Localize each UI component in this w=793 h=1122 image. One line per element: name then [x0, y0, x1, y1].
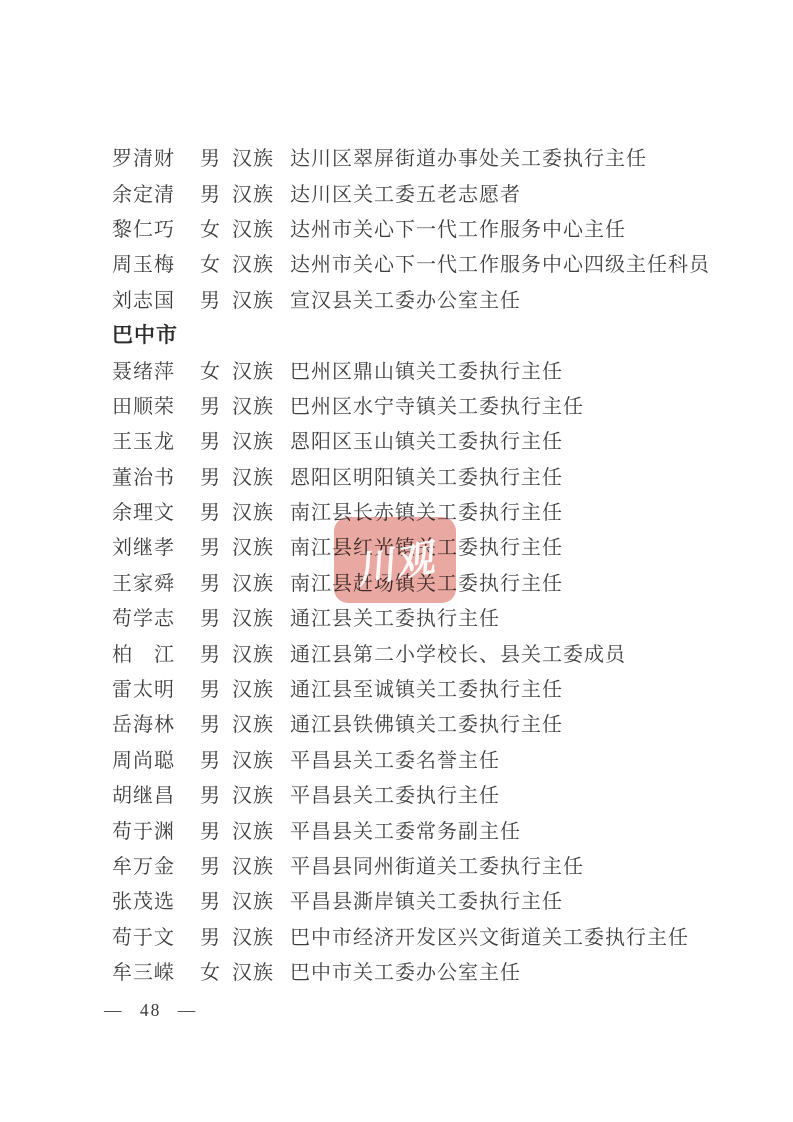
person-gender: 男 [200, 531, 232, 560]
person-gender: 男 [200, 284, 232, 313]
person-name: 余定清 [112, 178, 200, 207]
person-name: 牟万金 [112, 850, 200, 879]
person-name: 聂绪萍 [112, 355, 200, 384]
table-row: 苟于渊 男 汉族 平昌县关工委常务副主任 [112, 811, 732, 846]
person-position: 达州市关心下一代工作服务中心主任 [290, 213, 732, 242]
person-position: 通江县至诚镇关工委执行主任 [290, 673, 732, 702]
person-gender: 男 [200, 673, 232, 702]
person-name: 雷太明 [112, 673, 200, 702]
person-name: 刘继孝 [112, 531, 200, 560]
person-position: 南江县长赤镇关工委执行主任 [290, 496, 732, 525]
section-header-label: 巴中市 [112, 319, 178, 349]
person-name: 周玉梅 [112, 248, 200, 277]
table-row: 刘志国 男 汉族 宣汉县关工委办公室主任 [112, 281, 732, 316]
person-position: 达州市关心下一代工作服务中心四级主任科员 [290, 248, 732, 277]
person-gender: 男 [200, 390, 232, 419]
person-name: 黎仁巧 [112, 213, 200, 242]
person-position: 通江县第二小学校长、县关工委成员 [290, 638, 732, 667]
person-gender: 男 [200, 815, 232, 844]
table-row: 牟三嵘 女 汉族 巴中市关工委办公室主任 [112, 953, 732, 988]
person-ethnicity: 汉族 [232, 213, 290, 242]
person-name: 牟三嵘 [112, 956, 200, 985]
person-name: 张茂选 [112, 885, 200, 914]
person-ethnicity: 汉族 [232, 744, 290, 773]
person-position: 巴州区鼎山镇关工委执行主任 [290, 355, 732, 384]
person-gender: 男 [200, 602, 232, 631]
person-gender: 男 [200, 142, 232, 171]
table-row: 柏 江 男 汉族 通江县第二小学校长、县关工委成员 [112, 634, 732, 669]
person-ethnicity: 汉族 [232, 708, 290, 737]
person-ethnicity: 汉族 [232, 284, 290, 313]
person-gender: 男 [200, 921, 232, 950]
person-name: 胡继昌 [112, 779, 200, 808]
table-row: 董治书 男 汉族 恩阳区明阳镇关工委执行主任 [112, 458, 732, 493]
roster-list: 罗清财 男 汉族 达川区翠屏街道办事处关工委执行主任 余定清 男 汉族 达川区关… [112, 139, 732, 988]
person-name: 苟于文 [112, 921, 200, 950]
table-row: 余定清 男 汉族 达川区关工委五老志愿者 [112, 174, 732, 209]
person-position: 达川区翠屏街道办事处关工委执行主任 [290, 142, 732, 171]
section-header-bazhong: 巴中市 [112, 316, 732, 351]
person-ethnicity: 汉族 [232, 531, 290, 560]
person-gender: 男 [200, 425, 232, 454]
person-position: 宣汉县关工委办公室主任 [290, 284, 732, 313]
person-gender: 男 [200, 567, 232, 596]
table-row: 周尚聪 男 汉族 平昌县关工委名誉主任 [112, 741, 732, 776]
person-gender: 男 [200, 850, 232, 879]
table-row: 苟于文 男 汉族 巴中市经济开发区兴文街道关工委执行主任 [112, 918, 732, 953]
person-position: 平昌县澌岸镇关工委执行主任 [290, 885, 732, 914]
person-position: 南江县红光镇关工委执行主任 [290, 531, 732, 560]
person-ethnicity: 汉族 [232, 850, 290, 879]
person-ethnicity: 汉族 [232, 673, 290, 702]
person-position: 巴州区水宁寺镇关工委执行主任 [290, 390, 732, 419]
person-ethnicity: 汉族 [232, 248, 290, 277]
person-position: 南江县赶场镇关工委执行主任 [290, 567, 732, 596]
person-position: 通江县关工委执行主任 [290, 602, 732, 631]
person-gender: 女 [200, 956, 232, 985]
person-gender: 男 [200, 885, 232, 914]
person-ethnicity: 汉族 [232, 885, 290, 914]
table-row: 周玉梅 女 汉族 达州市关心下一代工作服务中心四级主任科员 [112, 245, 732, 280]
person-gender: 男 [200, 744, 232, 773]
table-row: 田顺荣 男 汉族 巴州区水宁寺镇关工委执行主任 [112, 387, 732, 422]
person-position: 达川区关工委五老志愿者 [290, 178, 732, 207]
person-ethnicity: 汉族 [232, 142, 290, 171]
table-row: 张茂选 男 汉族 平昌县澌岸镇关工委执行主任 [112, 882, 732, 917]
document-page: 罗清财 男 汉族 达川区翠屏街道办事处关工委执行主任 余定清 男 汉族 达川区关… [0, 0, 793, 1122]
person-gender: 男 [200, 779, 232, 808]
person-ethnicity: 汉族 [232, 921, 290, 950]
table-row: 刘继孝 男 汉族 南江县红光镇关工委执行主任 [112, 528, 732, 563]
person-ethnicity: 汉族 [232, 638, 290, 667]
person-ethnicity: 汉族 [232, 425, 290, 454]
person-ethnicity: 汉族 [232, 779, 290, 808]
person-name: 刘志国 [112, 284, 200, 313]
person-gender: 男 [200, 461, 232, 490]
person-ethnicity: 汉族 [232, 567, 290, 596]
person-ethnicity: 汉族 [232, 815, 290, 844]
person-gender: 女 [200, 355, 232, 384]
person-gender: 男 [200, 708, 232, 737]
table-row: 岳海林 男 汉族 通江县铁佛镇关工委执行主任 [112, 705, 732, 740]
person-position: 平昌县关工委常务副主任 [290, 815, 732, 844]
person-position: 巴中市经济开发区兴文街道关工委执行主任 [290, 921, 732, 950]
person-position: 平昌县同州街道关工委执行主任 [290, 850, 732, 879]
person-position: 平昌县关工委执行主任 [290, 779, 732, 808]
person-gender: 男 [200, 638, 232, 667]
person-name: 王家舜 [112, 567, 200, 596]
person-name: 罗清财 [112, 142, 200, 171]
table-row: 牟万金 男 汉族 平昌县同州街道关工委执行主任 [112, 847, 732, 882]
person-position: 恩阳区明阳镇关工委执行主任 [290, 461, 732, 490]
person-name: 苟于渊 [112, 815, 200, 844]
person-gender: 女 [200, 213, 232, 242]
person-ethnicity: 汉族 [232, 602, 290, 631]
person-name: 王玉龙 [112, 425, 200, 454]
person-gender: 男 [200, 496, 232, 525]
person-position: 巴中市关工委办公室主任 [290, 956, 732, 985]
person-ethnicity: 汉族 [232, 178, 290, 207]
table-row: 黎仁巧 女 汉族 达州市关心下一代工作服务中心主任 [112, 210, 732, 245]
table-row: 王家舜 男 汉族 南江县赶场镇关工委执行主任 [112, 564, 732, 599]
table-row: 聂绪萍 女 汉族 巴州区鼎山镇关工委执行主任 [112, 351, 732, 386]
person-ethnicity: 汉族 [232, 496, 290, 525]
person-name: 岳海林 [112, 708, 200, 737]
table-row: 胡继昌 男 汉族 平昌县关工委执行主任 [112, 776, 732, 811]
person-ethnicity: 汉族 [232, 355, 290, 384]
person-name: 柏 江 [112, 638, 200, 667]
table-row: 王玉龙 男 汉族 恩阳区玉山镇关工委执行主任 [112, 422, 732, 457]
person-ethnicity: 汉族 [232, 956, 290, 985]
person-name: 董治书 [112, 461, 200, 490]
page-number: — 48 — [104, 1000, 197, 1021]
person-ethnicity: 汉族 [232, 461, 290, 490]
person-name: 周尚聪 [112, 744, 200, 773]
table-row: 苟学志 男 汉族 通江县关工委执行主任 [112, 599, 732, 634]
table-row: 罗清财 男 汉族 达川区翠屏街道办事处关工委执行主任 [112, 139, 732, 174]
person-position: 平昌县关工委名誉主任 [290, 744, 732, 773]
table-row: 雷太明 男 汉族 通江县至诚镇关工委执行主任 [112, 670, 732, 705]
person-position: 恩阳区玉山镇关工委执行主任 [290, 425, 732, 454]
table-row: 余理文 男 汉族 南江县长赤镇关工委执行主任 [112, 493, 732, 528]
person-ethnicity: 汉族 [232, 390, 290, 419]
person-name: 余理文 [112, 496, 200, 525]
person-name: 田顺荣 [112, 390, 200, 419]
person-name: 苟学志 [112, 602, 200, 631]
person-position: 通江县铁佛镇关工委执行主任 [290, 708, 732, 737]
person-gender: 男 [200, 178, 232, 207]
person-gender: 女 [200, 248, 232, 277]
